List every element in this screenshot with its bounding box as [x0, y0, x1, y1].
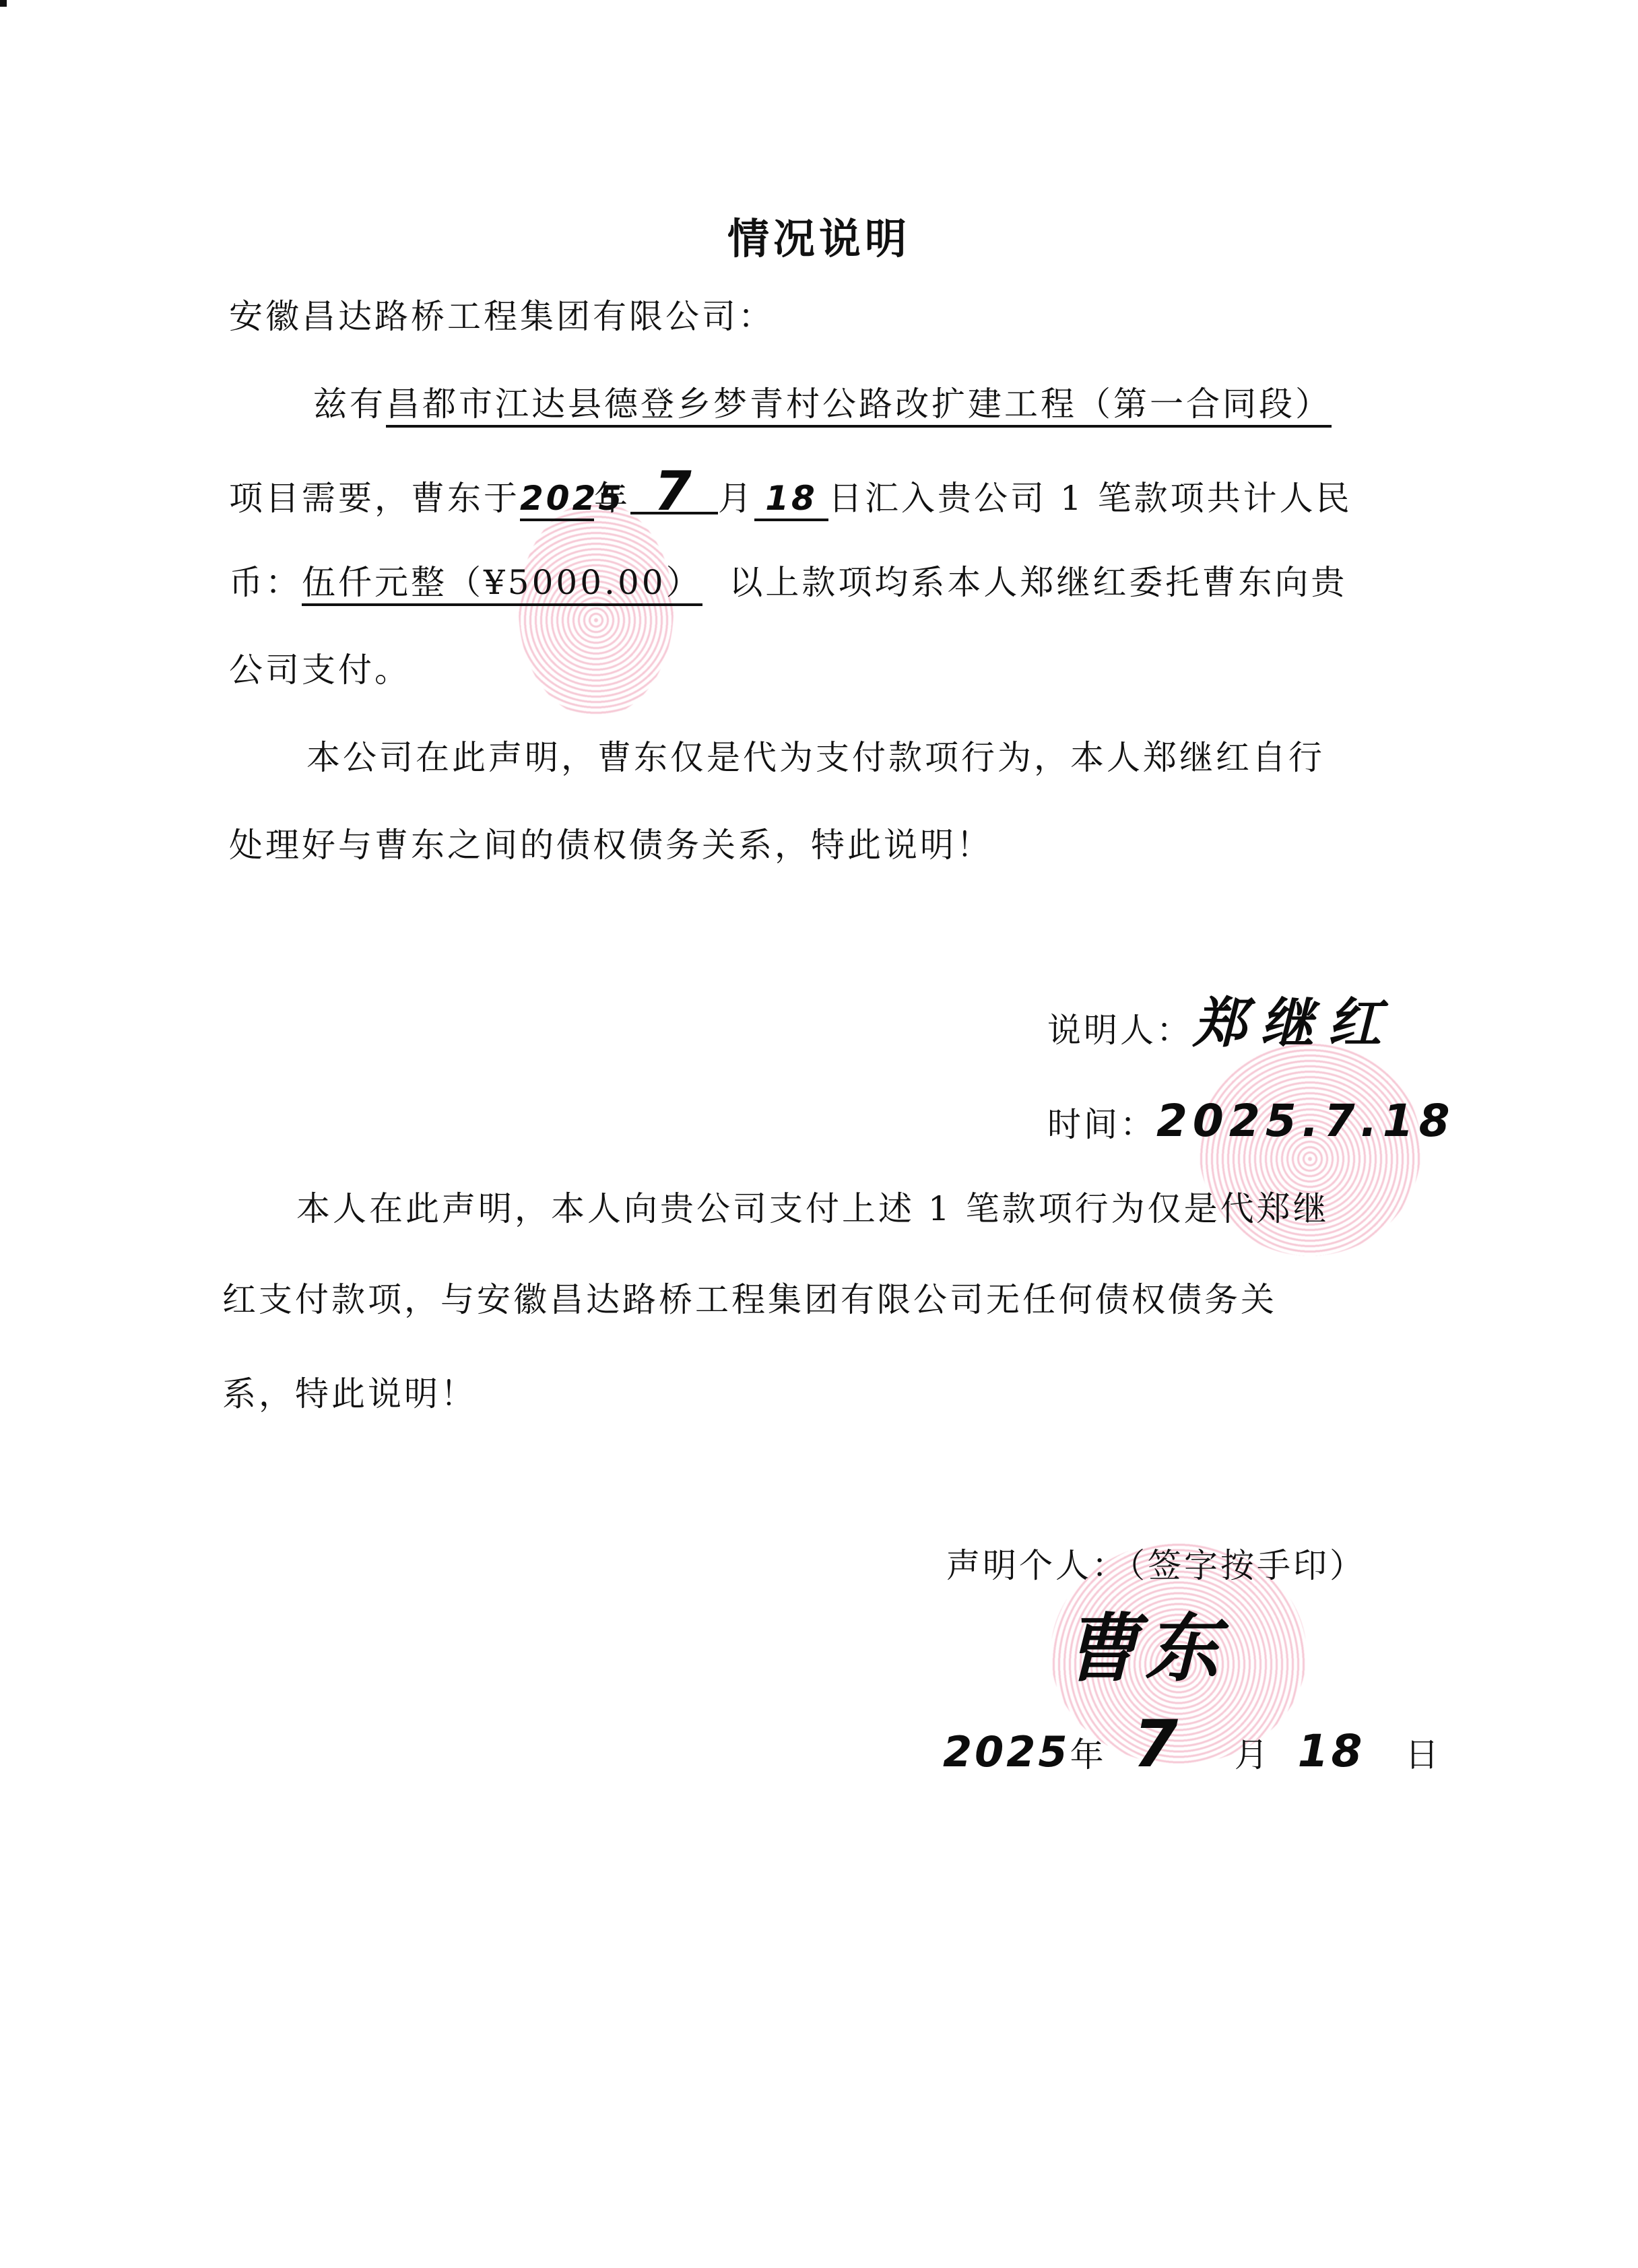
paragraph3-line1: 本人在此声明，本人向贵公司支付上述 1 笔款项行为仅是代郑继	[296, 1189, 1330, 1229]
paragraph3-line2: 红支付款项，与安徽昌达路桥工程集团有限公司无任何债权债务关	[222, 1279, 1277, 1320]
month-label: 月	[1235, 1735, 1271, 1774]
year-label: 年	[1070, 1735, 1107, 1774]
explainer-label: 说明人：	[1047, 1011, 1193, 1050]
project-name: 昌都市江达县德登乡梦青村公路改扩建工程（第一合同段）	[386, 385, 1332, 428]
paragraph1-line4: 公司支付。	[229, 650, 411, 690]
document-title: 情况说明	[0, 205, 1638, 265]
declarant-date-row: 2025年 7 月 18 日	[943, 1724, 1441, 1775]
time-label: 时间：	[1047, 1105, 1156, 1144]
explainer-time-row: 时间：2025.7.18	[1047, 1101, 1455, 1145]
paragraph1-line1: 兹有昌都市江达县德登乡梦青村公路改扩建工程（第一合同段）	[313, 384, 1332, 424]
paragraph2-line1: 本公司在此声明，曹东仅是代为支付款项行为，本人郑继红自行	[306, 737, 1325, 778]
day-label: 日	[1405, 1735, 1441, 1774]
text: 兹有	[313, 385, 386, 424]
explainer-signature-row: 说明人：郑继红	[1047, 1003, 1395, 1050]
text: 项目需要，曹东于	[229, 479, 520, 518]
handwritten-year: 2025	[943, 1727, 1070, 1776]
handwritten-day: 18	[754, 478, 828, 521]
handwritten-time: 2025.7.18	[1156, 1095, 1455, 1147]
text: 币：	[229, 563, 302, 602]
handwritten-year: 2025	[520, 478, 594, 521]
year-label: 年	[594, 479, 630, 518]
paragraph3-line3: 系，特此说明！	[222, 1374, 477, 1414]
text: 以上款项均系本人郑继红委托曹东向贵	[729, 563, 1347, 602]
paragraph2-line2: 处理好与曹东之间的债权债务关系，特此说明！	[229, 825, 993, 865]
handwritten-month: 7	[630, 471, 718, 514]
explainer-signature: 郑继红	[1193, 992, 1395, 1055]
handwritten-month: 7	[1133, 1706, 1181, 1782]
scan-corner-mark	[0, 0, 7, 7]
handwritten-day: 18	[1298, 1725, 1365, 1777]
addressee: 安徽昌达路桥工程集团有限公司：	[229, 296, 775, 337]
fingerprint-stamp-1	[519, 502, 674, 717]
text: 日汇入贵公司 1 笔款项共计人民	[828, 479, 1352, 518]
declarant-signature: 曹东	[1064, 1589, 1226, 1696]
declarant-label: 声明个人：（签字按手印）	[946, 1545, 1366, 1586]
paragraph1-line2: 项目需要，曹东于2025年7月18日汇入贵公司 1 笔款项共计人民	[229, 471, 1352, 521]
month-label: 月	[718, 479, 754, 518]
paragraph1-line3: 币：伍仟元整（¥5000.00） 以上款项均系本人郑继红委托曹东向贵	[229, 562, 1347, 603]
amount: 伍仟元整（¥5000.00）	[302, 563, 702, 606]
